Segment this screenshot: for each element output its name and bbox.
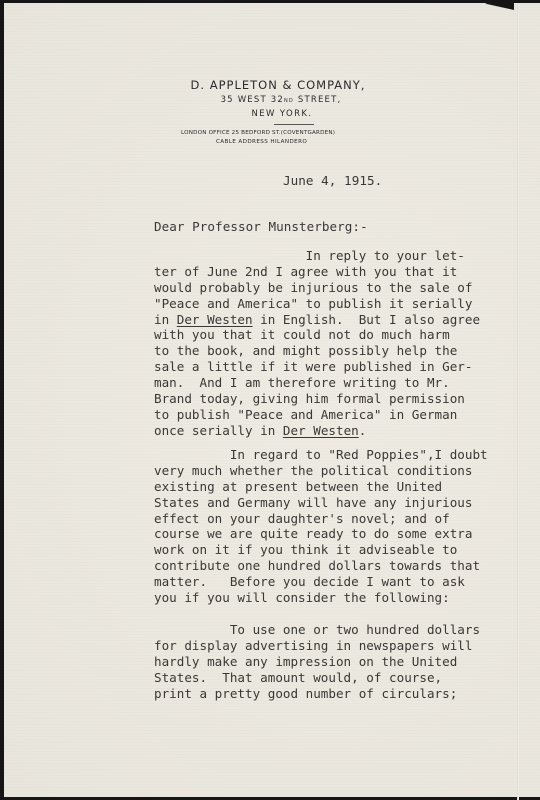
text-line: In regard to "Red Poppies",I doubt	[154, 447, 488, 463]
text-line: hardly make any impression on the United	[154, 654, 480, 670]
text-line: very much whether the political conditio…	[154, 463, 488, 479]
line-text: "Peace and America" to publish it serial…	[154, 296, 472, 311]
underlined-title: Der Westen	[177, 312, 253, 327]
scan-frame: D. APPLETON & COMPANY, 35 WEST 32ND STRE…	[0, 0, 540, 800]
line-text: course we are quite ready to do some ext…	[154, 526, 472, 541]
paragraph-2: In regard to "Red Poppies",I doubtvery m…	[154, 447, 488, 606]
text-line: contribute one hundred dollars towards t…	[154, 558, 488, 574]
line-text: to publish "Peace and America" in German	[154, 407, 457, 422]
text-line: In reply to your let-	[154, 248, 480, 264]
text-line: in Der Westen in English. But I also agr…	[154, 312, 480, 328]
letter-date: June 4, 1915.	[283, 173, 382, 188]
text-line: course we are quite ready to do some ext…	[154, 526, 488, 542]
line-text: would probably be injurious to the sale …	[154, 280, 472, 295]
letter-salutation: Dear Professor Munsterberg:-	[154, 219, 368, 234]
letterhead-divider	[274, 124, 314, 125]
line-text: hardly make any impression on the United	[154, 654, 457, 669]
line-text: effect on your daughter's novel; and of	[154, 511, 450, 526]
text-line: States and Germany will have any injurio…	[154, 495, 488, 511]
text-line: man. And I am therefore writing to Mr.	[154, 375, 480, 391]
letterhead-street: 35 WEST 32ND STREET,	[162, 93, 400, 107]
text-line: sale a little if it were published in Ge…	[154, 359, 480, 375]
text-line: would probably be injurious to the sale …	[154, 280, 480, 296]
line-text: To use one or two hundred dollars	[154, 622, 480, 637]
underlined-title: Der Westen	[283, 423, 359, 438]
line-text: print a pretty good number of circulars;	[154, 686, 457, 701]
line-text: existing at present between the United	[154, 479, 442, 494]
text-line: work on it if you think it adviseable to	[154, 542, 488, 558]
line-text: to the book, and might possibly help the	[154, 343, 457, 358]
text-line: effect on your daughter's novel; and of	[154, 511, 488, 527]
street-ordinal: ND	[284, 98, 294, 104]
letterhead: D. APPLETON & COMPANY, 35 WEST 32ND STRE…	[150, 78, 400, 147]
paragraph-1: In reply to your let-ter of June 2nd I a…	[154, 248, 480, 439]
line-text: States. That amount would, of course,	[154, 670, 442, 685]
text-line: to the book, and might possibly help the	[154, 343, 480, 359]
line-text: with you that it could not do much harm	[154, 327, 450, 342]
line-text: contribute one hundred dollars towards t…	[154, 558, 480, 573]
line-text: States and Germany will have any injurio…	[154, 495, 472, 510]
text-line: to publish "Peace and America" in German	[154, 407, 480, 423]
text-line: "Peace and America" to publish it serial…	[154, 296, 480, 312]
letterhead-cable-address: CABLE ADDRESS HILANDERO	[216, 138, 400, 147]
letterhead-london-office: LONDON OFFICE 25 BEDFORD ST.(COVENTGARDE…	[181, 129, 400, 138]
text-line: existing at present between the United	[154, 479, 488, 495]
line-text: In reply to your let-	[154, 248, 465, 263]
text-line: States. That amount would, of course,	[154, 670, 480, 686]
street-name: STREET,	[294, 95, 341, 105]
line-text: for display advertising in newspapers wi…	[154, 638, 472, 653]
letterhead-company: D. APPLETON & COMPANY,	[156, 78, 400, 93]
line-text: In regard to "Red Poppies",I doubt	[154, 447, 488, 462]
line-text: work on it if you think it adviseable to	[154, 542, 457, 557]
text-line: you if you will consider the following:	[154, 590, 488, 606]
text-line: print a pretty good number of circulars;	[154, 686, 480, 702]
line-text: in English. But I also agree	[253, 312, 480, 327]
paper-fold-line	[517, 3, 519, 800]
text-line: ter of June 2nd I agree with you that it	[154, 264, 480, 280]
line-text: sale a little if it were published in Ge…	[154, 359, 472, 374]
line-text: man. And I am therefore writing to Mr.	[154, 375, 450, 390]
line-text: you if you will consider the following:	[154, 590, 450, 605]
letterhead-city: NEW YORK.	[164, 107, 400, 121]
street-number: 35 WEST 32	[221, 95, 284, 105]
line-text: once serially in	[154, 423, 283, 438]
line-text: matter. Before you decide I want to ask	[154, 574, 465, 589]
text-line: Brand today, giving him formal permissio…	[154, 391, 480, 407]
line-text: very much whether the political conditio…	[154, 463, 472, 478]
line-text: ter of June 2nd I agree with you that it	[154, 264, 457, 279]
line-text: Brand today, giving him formal permissio…	[154, 391, 465, 406]
text-line: To use one or two hundred dollars	[154, 622, 480, 638]
line-text: .	[359, 423, 367, 438]
paragraph-3: To use one or two hundred dollarsfor dis…	[154, 622, 480, 701]
text-line: once serially in Der Westen.	[154, 423, 480, 439]
text-line: matter. Before you decide I want to ask	[154, 574, 488, 590]
text-line: for display advertising in newspapers wi…	[154, 638, 480, 654]
line-text: in	[154, 312, 177, 327]
text-line: with you that it could not do much harm	[154, 327, 480, 343]
